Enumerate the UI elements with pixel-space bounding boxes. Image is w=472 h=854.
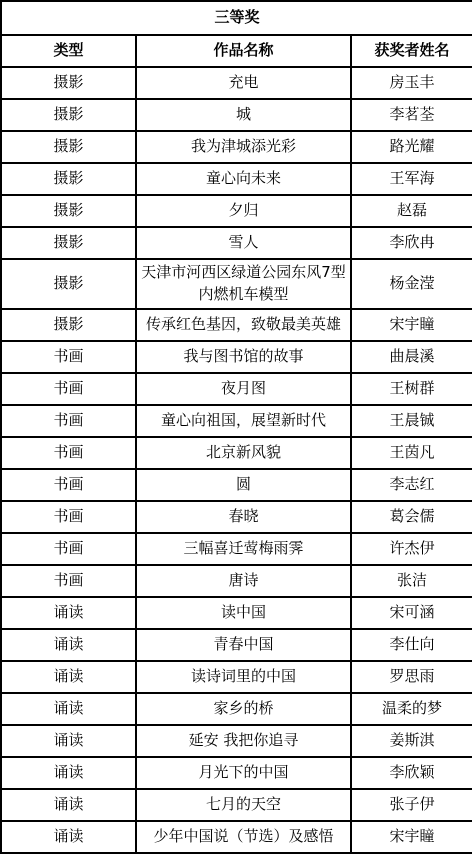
cell-work: 夕归 <box>136 195 351 227</box>
cell-type: 摄影 <box>1 259 136 309</box>
cell-type: 摄影 <box>1 67 136 99</box>
cell-work: 唐诗 <box>136 565 351 597</box>
table-title: 三等奖 <box>1 1 472 35</box>
cell-winner: 路光耀 <box>351 131 472 163</box>
award-table: 三等奖 类型 作品名称 获奖者姓名 摄影充电房玉丰摄影城李茗荃摄影我为津城添光彩… <box>0 0 472 854</box>
column-header-work: 作品名称 <box>136 35 351 67</box>
table-row: 摄影城李茗荃 <box>1 99 472 131</box>
cell-work: 读中国 <box>136 597 351 629</box>
cell-winner: 李志红 <box>351 469 472 501</box>
cell-type: 摄影 <box>1 163 136 195</box>
cell-work: 七月的天空 <box>136 789 351 821</box>
cell-work: 传承红色基因，致敬最美英雄 <box>136 309 351 341</box>
column-header-type: 类型 <box>1 35 136 67</box>
cell-winner: 许杰伊 <box>351 533 472 565</box>
cell-type: 摄影 <box>1 309 136 341</box>
cell-work: 青春中国 <box>136 629 351 661</box>
cell-work: 天津市河西区绿道公园东风7型内燃机车模型 <box>136 259 351 309</box>
table-row: 书画我与图书馆的故事曲晨溪 <box>1 341 472 373</box>
cell-work: 北京新风貌 <box>136 437 351 469</box>
cell-type: 诵读 <box>1 597 136 629</box>
cell-work: 夜月图 <box>136 373 351 405</box>
cell-work: 三幅喜迁莺梅雨霁 <box>136 533 351 565</box>
table-row: 摄影夕归赵磊 <box>1 195 472 227</box>
cell-winner: 姜斯淇 <box>351 725 472 757</box>
cell-type: 书画 <box>1 341 136 373</box>
table-row: 诵读七月的天空张子伊 <box>1 789 472 821</box>
table-row: 书画童心向祖国，展望新时代王晨铖 <box>1 405 472 437</box>
cell-type: 诵读 <box>1 725 136 757</box>
table-row: 诵读读中国宋可涵 <box>1 597 472 629</box>
cell-winner: 王军海 <box>351 163 472 195</box>
cell-type: 书画 <box>1 469 136 501</box>
cell-work: 我为津城添光彩 <box>136 131 351 163</box>
cell-type: 诵读 <box>1 821 136 853</box>
cell-winner: 房玉丰 <box>351 67 472 99</box>
cell-type: 书画 <box>1 437 136 469</box>
cell-work: 城 <box>136 99 351 131</box>
cell-type: 诵读 <box>1 693 136 725</box>
cell-work: 童心向祖国，展望新时代 <box>136 405 351 437</box>
cell-work: 童心向未来 <box>136 163 351 195</box>
cell-type: 诵读 <box>1 661 136 693</box>
cell-type: 书画 <box>1 565 136 597</box>
cell-type: 摄影 <box>1 195 136 227</box>
cell-type: 诵读 <box>1 629 136 661</box>
cell-work: 延安 我把你追寻 <box>136 725 351 757</box>
table-row: 诵读延安 我把你追寻姜斯淇 <box>1 725 472 757</box>
column-header-winner: 获奖者姓名 <box>351 35 472 67</box>
cell-winner: 王茵凡 <box>351 437 472 469</box>
table-row: 摄影天津市河西区绿道公园东风7型内燃机车模型杨金滢 <box>1 259 472 309</box>
table-row: 书画北京新风貌王茵凡 <box>1 437 472 469</box>
table-row: 诵读读诗词里的中国罗思雨 <box>1 661 472 693</box>
cell-winner: 宋宇瞳 <box>351 309 472 341</box>
table-row: 摄影传承红色基因，致敬最美英雄宋宇瞳 <box>1 309 472 341</box>
cell-type: 书画 <box>1 533 136 565</box>
cell-winner: 王晨铖 <box>351 405 472 437</box>
table-row: 书画三幅喜迁莺梅雨霁许杰伊 <box>1 533 472 565</box>
table-row: 摄影充电房玉丰 <box>1 67 472 99</box>
cell-winner: 葛会儒 <box>351 501 472 533</box>
table-row: 诵读家乡的桥温柔的梦 <box>1 693 472 725</box>
cell-winner: 杨金滢 <box>351 259 472 309</box>
cell-winner: 李茗荃 <box>351 99 472 131</box>
cell-winner: 罗思雨 <box>351 661 472 693</box>
cell-work: 少年中国说（节选）及感悟 <box>136 821 351 853</box>
cell-winner: 李仕向 <box>351 629 472 661</box>
table-row: 摄影我为津城添光彩路光耀 <box>1 131 472 163</box>
cell-winner: 张洁 <box>351 565 472 597</box>
table-row: 诵读少年中国说（节选）及感悟宋宇瞳 <box>1 821 472 853</box>
table-body: 摄影充电房玉丰摄影城李茗荃摄影我为津城添光彩路光耀摄影童心向未来王军海摄影夕归赵… <box>1 67 472 853</box>
cell-work: 充电 <box>136 67 351 99</box>
table-row: 摄影雪人李欣冉 <box>1 227 472 259</box>
table-row: 书画圆李志红 <box>1 469 472 501</box>
cell-type: 书画 <box>1 501 136 533</box>
cell-winner: 张子伊 <box>351 789 472 821</box>
cell-winner: 温柔的梦 <box>351 693 472 725</box>
table-title-row: 三等奖 <box>1 1 472 35</box>
cell-winner: 王树群 <box>351 373 472 405</box>
table-row: 书画夜月图王树群 <box>1 373 472 405</box>
cell-type: 摄影 <box>1 227 136 259</box>
cell-type: 书画 <box>1 373 136 405</box>
cell-work: 家乡的桥 <box>136 693 351 725</box>
cell-winner: 曲晨溪 <box>351 341 472 373</box>
cell-type: 书画 <box>1 405 136 437</box>
cell-work: 我与图书馆的故事 <box>136 341 351 373</box>
cell-work: 雪人 <box>136 227 351 259</box>
table-row: 摄影童心向未来王军海 <box>1 163 472 195</box>
cell-work: 读诗词里的中国 <box>136 661 351 693</box>
table-header-row: 类型 作品名称 获奖者姓名 <box>1 35 472 67</box>
cell-type: 摄影 <box>1 131 136 163</box>
cell-work: 春晓 <box>136 501 351 533</box>
cell-winner: 宋宇瞳 <box>351 821 472 853</box>
cell-type: 摄影 <box>1 99 136 131</box>
table-row: 书画唐诗张洁 <box>1 565 472 597</box>
cell-winner: 赵磊 <box>351 195 472 227</box>
cell-winner: 李欣冉 <box>351 227 472 259</box>
cell-type: 诵读 <box>1 789 136 821</box>
cell-work: 圆 <box>136 469 351 501</box>
table-row: 书画春晓葛会儒 <box>1 501 472 533</box>
table-row: 诵读青春中国李仕向 <box>1 629 472 661</box>
cell-winner: 宋可涵 <box>351 597 472 629</box>
